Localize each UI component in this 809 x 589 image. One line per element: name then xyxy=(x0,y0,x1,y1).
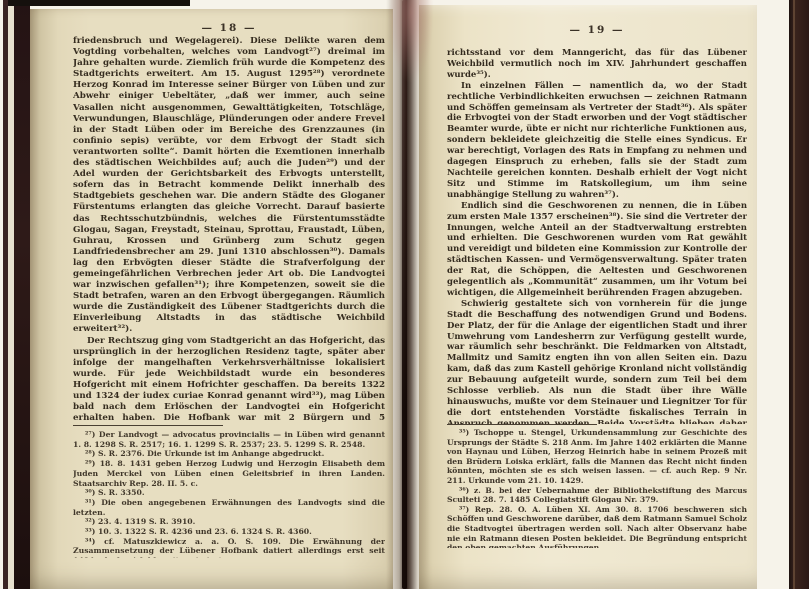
paragraph: richtsstand vor dem Manngericht, das für… xyxy=(447,48,747,81)
footnote-divider-left xyxy=(73,425,223,426)
paragraph: Endlich sind die Geschworenen zu nennen,… xyxy=(447,201,747,299)
left-page-footnotes: ²⁷) Der Landvogt — advocatus provinciali… xyxy=(73,430,385,558)
page-number-right: — 19 — xyxy=(447,24,747,36)
right-page-body: richtsstand vor dem Manngericht, das für… xyxy=(447,48,747,424)
paragraph: Schwierig gestaltete sich von vornherein… xyxy=(447,299,747,424)
paragraph: friedensbruch und Wegelagerei). Diese De… xyxy=(73,36,385,336)
left-cover-band xyxy=(14,0,30,589)
spine-shadow xyxy=(386,0,430,589)
right-cover-highlight xyxy=(793,0,795,589)
footnote: ³⁰) S. R. 3350. xyxy=(73,488,385,498)
footnote: ³⁴) cf. Matuszkiewicz a. a. O. S. 109. D… xyxy=(73,537,385,558)
right-cover-band xyxy=(789,0,809,589)
footnote: ³³) 10. 3. 1322 S. R. 4236 und 23. 6. 13… xyxy=(73,527,385,537)
footnote: ³⁵) Tschoppe u. Stengel, Urkundensammlun… xyxy=(447,428,747,486)
right-page-footnotes: ³⁵) Tschoppe u. Stengel, Urkundensammlun… xyxy=(447,428,747,548)
footnote: ³¹) Die oben angegebenen Erwähnungen des… xyxy=(73,498,385,517)
book-scan: { "colors": { "paper_left": "#e7dec1", "… xyxy=(0,0,809,589)
footnote: ²⁹) 18. 8. 1431 geben Herzog Ludwig und … xyxy=(73,459,385,488)
top-scan-edge-bar xyxy=(8,0,190,6)
paragraph: In einzelnen Fällen — namentlich da, wo … xyxy=(447,81,747,201)
footnote: ²⁷) Der Landvogt — advocatus provinciali… xyxy=(73,430,385,449)
left-page-body: friedensbruch und Wegelagerei). Diese De… xyxy=(73,36,385,424)
spine-crease xyxy=(402,0,407,589)
footnote: ³²) 23. 4. 1319 S. R. 3910. xyxy=(73,517,385,527)
footnote-divider-right xyxy=(447,424,597,425)
footnote: ²⁸) S. R. 2376. Die Urkunde ist im Anhan… xyxy=(73,449,385,459)
footnote: ³⁶) z. B. bei der Uebernahme der Bibliot… xyxy=(447,486,747,505)
paragraph: Der Rechtszug ging vom Stadtgericht an d… xyxy=(73,336,385,424)
footnote: ³⁷) Rep. 28. O. A. Lüben XI. Am 30. 8. 1… xyxy=(447,505,747,548)
page-number-left: — 18 — xyxy=(73,22,385,34)
spine-top-discoloration xyxy=(388,0,434,84)
